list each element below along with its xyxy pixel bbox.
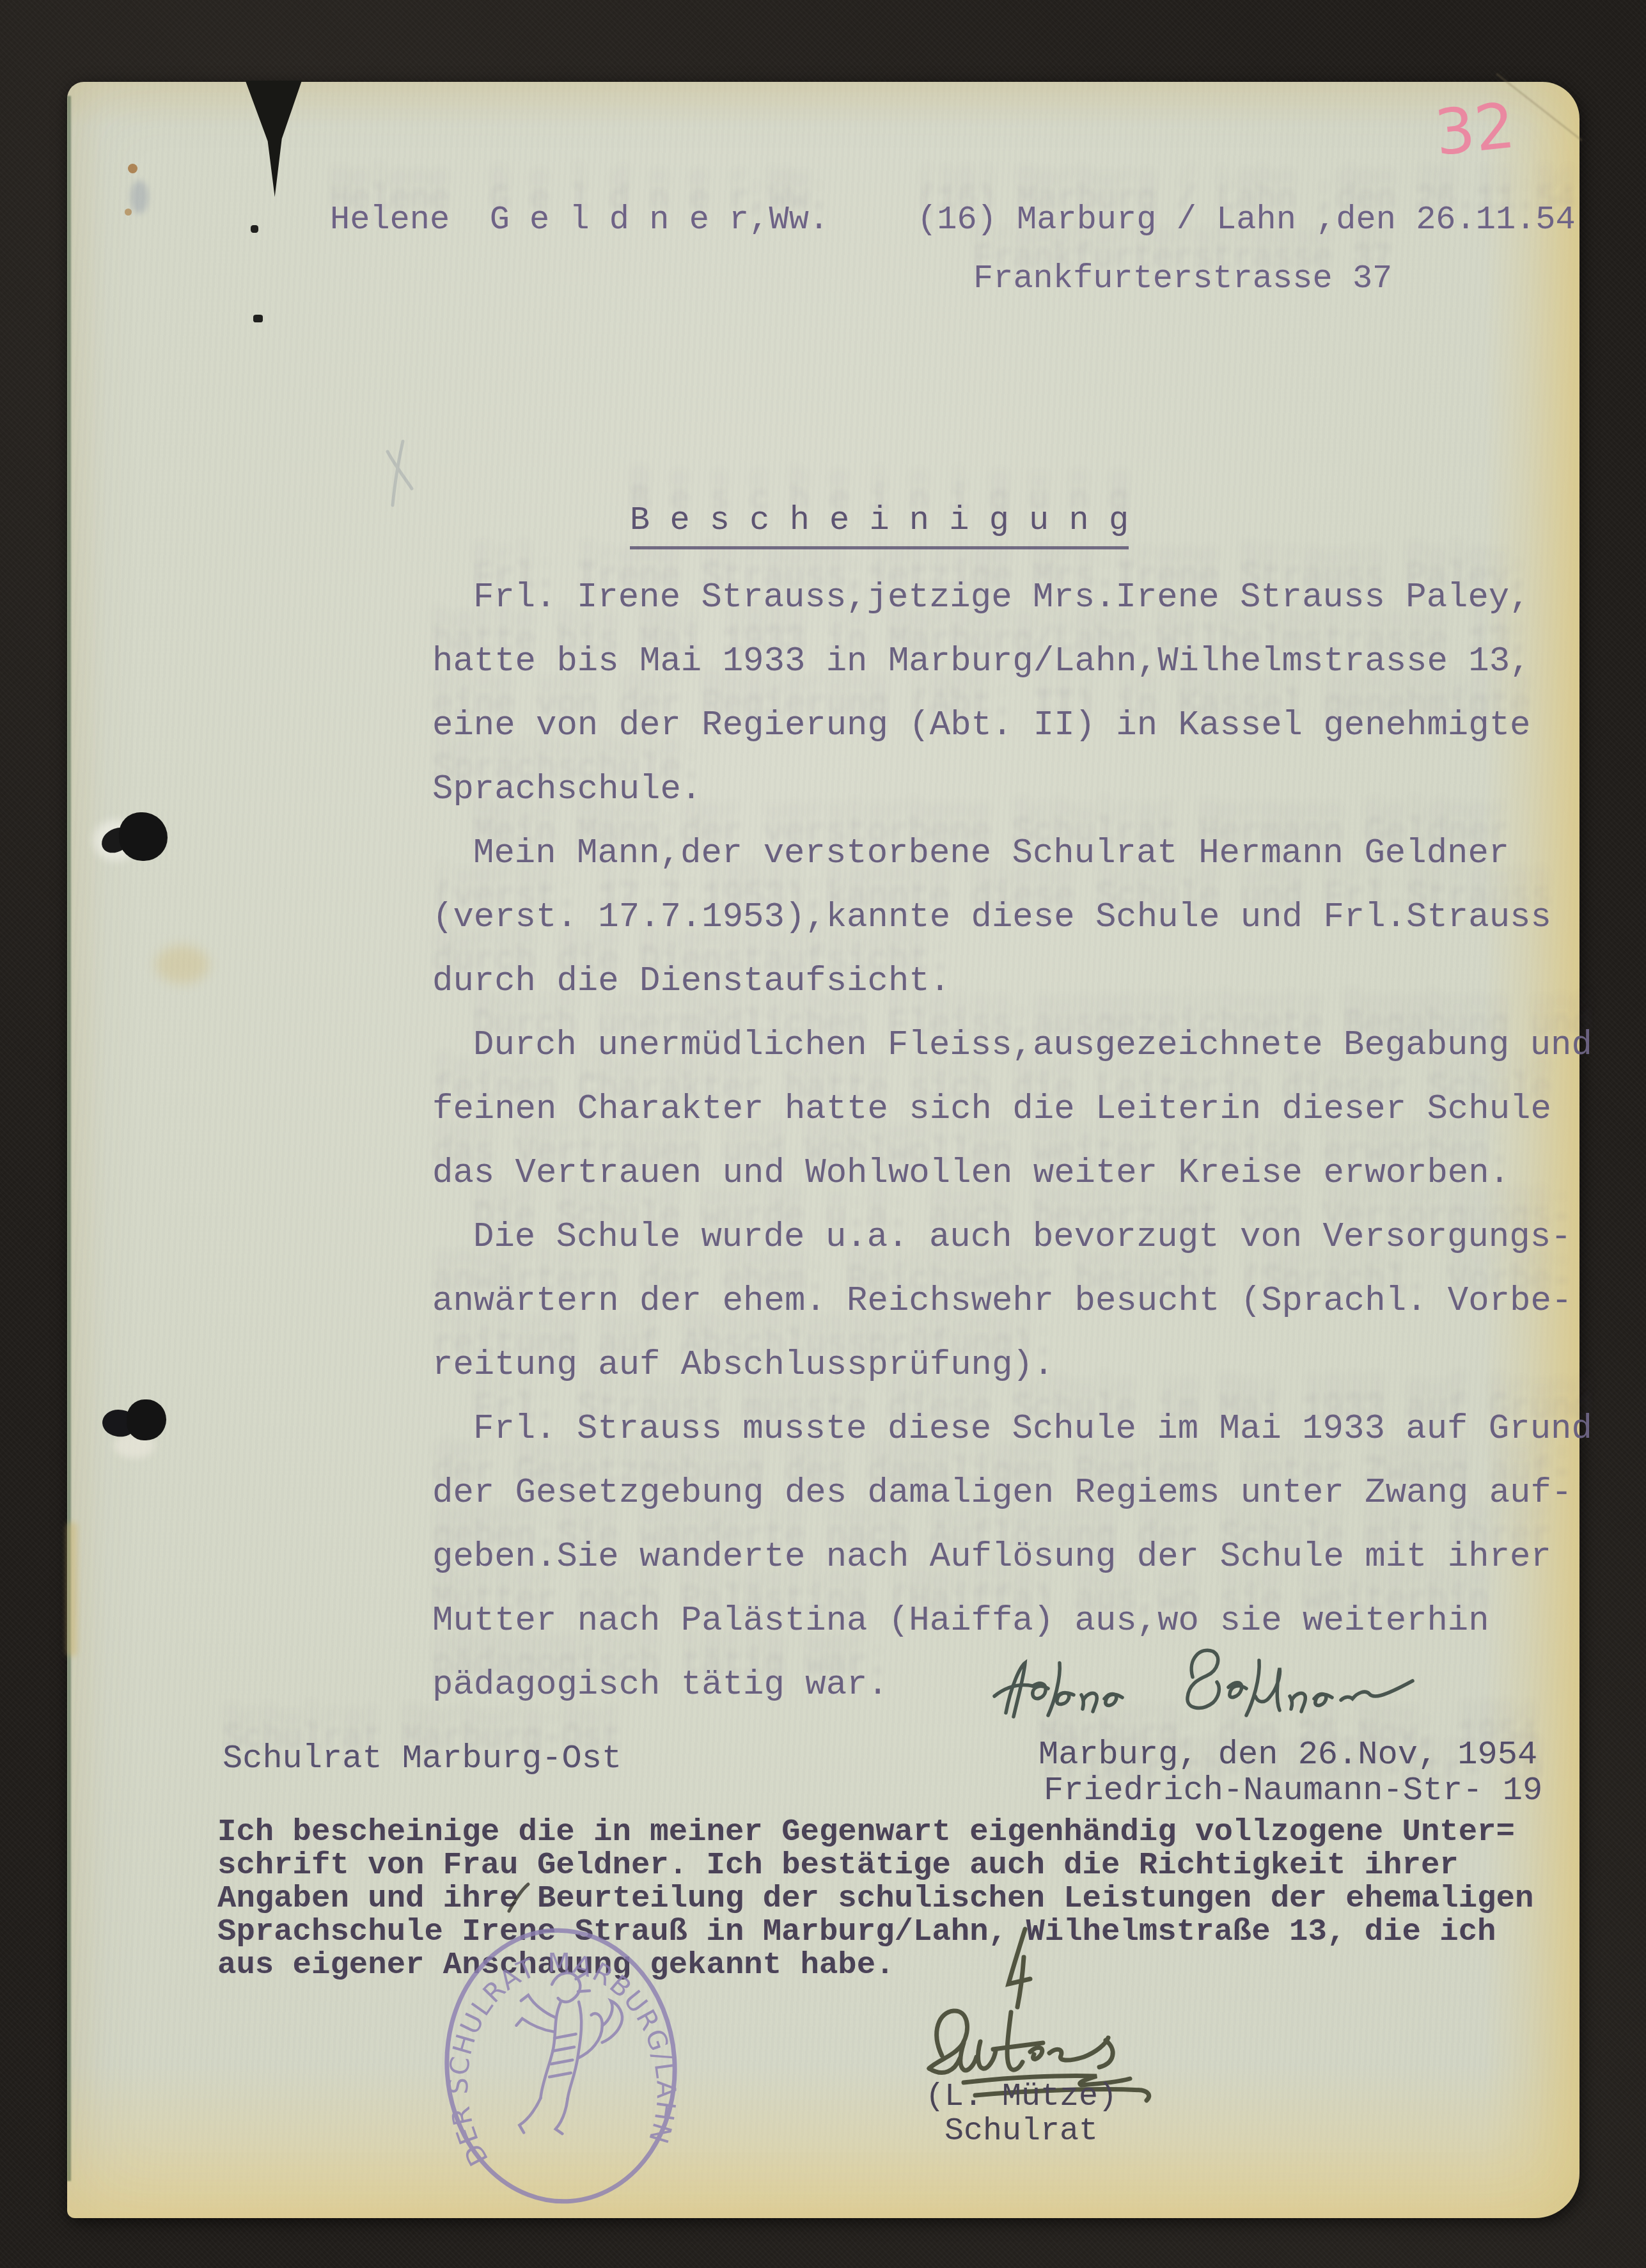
helene-geldner-signature — [988, 1641, 1423, 1744]
body-line: Durch unermüdlichen Fleiss,ausgezeichnet… — [432, 1028, 1592, 1063]
archive-photo-background: { "page_number": "32", "header": { "send… — [0, 0, 1646, 2268]
body-line: Sprachschule. — [432, 773, 702, 807]
archive-page-number: 32 — [1431, 90, 1518, 170]
typed-official-name: (L. Mütze) — [925, 2081, 1117, 2113]
edge-stain — [67, 1522, 77, 1657]
header-place-date: (16) Marburg / Lahn ,den 26.11.54 — [917, 203, 1576, 237]
body-line: Mutter nach Palästina (Haiffa) aus,wo si… — [432, 1604, 1489, 1639]
sender-name: Helene G e l d n e r,Ww. — [330, 203, 829, 237]
body-line: der Gesetzgebung des damaligen Regiems u… — [432, 1476, 1572, 1511]
body-line: das Vertrauen und Wohlwollen weiter Krei… — [432, 1156, 1510, 1191]
body-line: Frl. Irene Strauss,jetzige Mrs.Irene Str… — [432, 581, 1530, 615]
body-line: Die Schule wurde u.a. auch bevorzugt von… — [432, 1220, 1571, 1255]
body-line: pädagogisch tätig war. — [432, 1668, 888, 1703]
paper-left-edge — [67, 96, 71, 2181]
paper-speck — [253, 315, 263, 322]
body-line: (verst. 17.7.1953),kannte diese Schule u… — [432, 901, 1551, 935]
handwritten-tick — [504, 1882, 532, 1916]
body-line: Frl. Strauss musste diese Schule im Mai … — [432, 1412, 1592, 1447]
body-line: geben.Sie wanderte nach Auflösung der Sc… — [432, 1540, 1551, 1575]
typed-official-title: Schulrat — [944, 2116, 1098, 2148]
document-title: B e s c h e i n i g u n g — [630, 504, 1129, 549]
body-line: anwärtern der ehem. Reichswehr besucht (… — [432, 1284, 1572, 1319]
rust-stain — [125, 209, 132, 216]
body-line: feinen Charakter hatte sich die Leiterin… — [432, 1092, 1551, 1127]
closing-place-date: Marburg, den 26.Nov, 1954 — [1039, 1738, 1537, 1772]
body-line: eine von der Regierung (Abt. II) in Kass… — [432, 709, 1530, 743]
body-line: durch die Dienstaufsicht. — [432, 965, 950, 999]
pencil-x-mark — [382, 439, 423, 510]
certification-line: Sprachschule Irene Strauß in Marburg/Lah… — [217, 1916, 1496, 1948]
body-line: Mein Mann,der verstorbene Schulrat Herma… — [432, 837, 1509, 871]
official-stamp: DER SCHULRAT MARBURG/LAHN-OST — [420, 1912, 702, 2219]
rust-stain — [128, 164, 137, 173]
ink-smudge — [130, 180, 148, 214]
body-line: reitung auf Abschlussprüfung). — [432, 1348, 1054, 1383]
body-line: hatte bis Mai 1933 in Marburg/Lahn,Wilhe… — [432, 645, 1530, 679]
punch-hole-bottom — [127, 1399, 166, 1440]
header-address: Frankfurterstrasse 37 — [973, 262, 1392, 295]
age-stain — [155, 945, 209, 984]
certification-line: Ich bescheinige die in meiner Gegenwart … — [217, 1816, 1515, 1848]
certification-line: Angaben und ihre Beurteilung der schulis… — [217, 1883, 1533, 1914]
punch-hole-top — [119, 812, 168, 861]
paper-speck — [251, 225, 258, 233]
certification-line: schrift von Frau Geldner. Ich bestätige … — [217, 1850, 1459, 1881]
closing-address: Friedrich-Naumann-Str- 19 — [1044, 1774, 1542, 1807]
closing-office: Schulrat Marburg-Ost — [223, 1742, 622, 1776]
